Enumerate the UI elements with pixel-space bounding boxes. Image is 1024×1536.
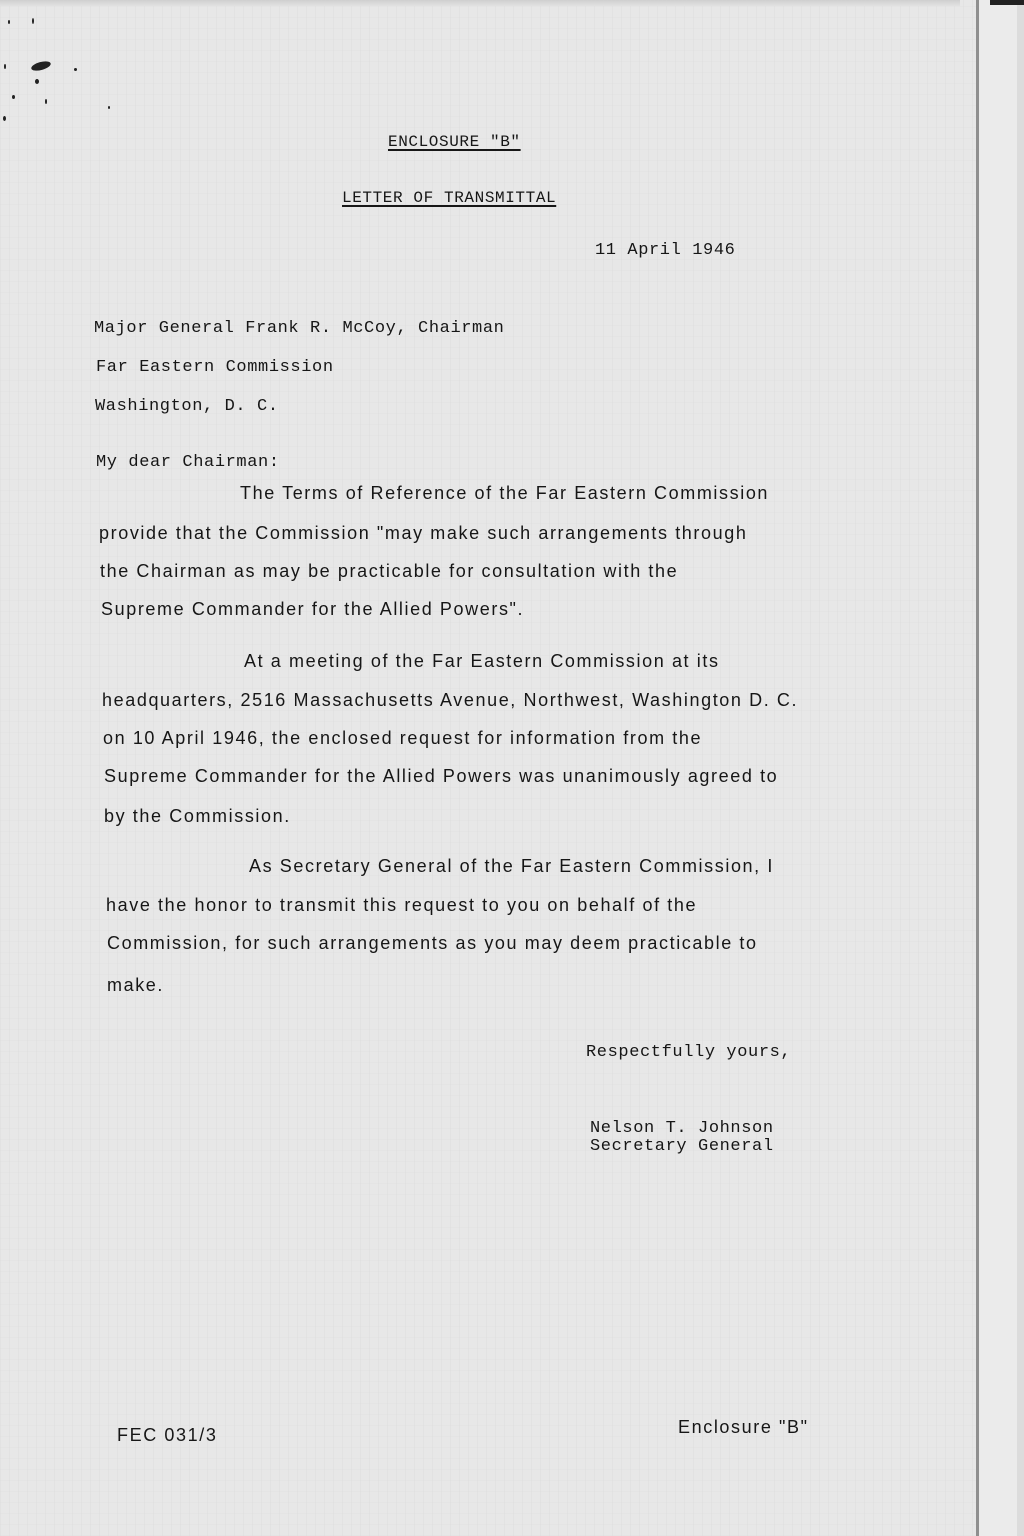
- paragraph-line: Supreme Commander for the Allied Powers"…: [101, 600, 524, 618]
- paragraph-line: on 10 April 1946, the enclosed request f…: [103, 729, 702, 747]
- letter-date: 11 April 1946: [595, 242, 735, 259]
- paragraph-line: make.: [107, 976, 164, 994]
- document-reference: FEC 031/3: [117, 1426, 217, 1444]
- addressee-line: Major General Frank R. McCoy, Chairman: [94, 320, 504, 337]
- enclosure-heading: ENCLOSURE "B": [388, 134, 521, 150]
- addressee-line: Far Eastern Commission: [96, 359, 334, 376]
- paragraph-line: have the honor to transmit this request …: [106, 896, 697, 914]
- paragraph-line: provide that the Commission "may make su…: [99, 524, 747, 542]
- page-right-margin: [1017, 0, 1024, 1536]
- salutation: My dear Chairman:: [96, 454, 280, 471]
- footer-enclosure-label: Enclosure "B": [678, 1418, 809, 1436]
- signer-name: Nelson T. Johnson: [590, 1120, 774, 1137]
- scan-corner-shadow: [990, 0, 1024, 5]
- paragraph-line: headquarters, 2516 Massachusetts Avenue,…: [102, 691, 798, 709]
- paragraph-line: by the Commission.: [104, 807, 291, 825]
- page-top-edge: [0, 0, 960, 6]
- paragraph-line: At a meeting of the Far Eastern Commissi…: [244, 652, 720, 670]
- paragraph-line: Commission, for such arrangements as you…: [107, 934, 758, 952]
- signer-title: Secretary General: [590, 1138, 774, 1155]
- paragraph-line: Supreme Commander for the Allied Powers …: [104, 767, 778, 785]
- paragraph-line: The Terms of Reference of the Far Easter…: [240, 484, 769, 502]
- paragraph-line: As Secretary General of the Far Eastern …: [249, 857, 774, 875]
- addressee-line: Washington, D. C.: [95, 398, 279, 415]
- complimentary-close: Respectfully yours,: [586, 1044, 791, 1061]
- document-page: ENCLOSURE "B" LETTER OF TRANSMITTAL 11 A…: [0, 0, 1024, 1536]
- paragraph-line: the Chairman as may be practicable for c…: [100, 562, 678, 580]
- letter-title: LETTER OF TRANSMITTAL: [342, 190, 556, 206]
